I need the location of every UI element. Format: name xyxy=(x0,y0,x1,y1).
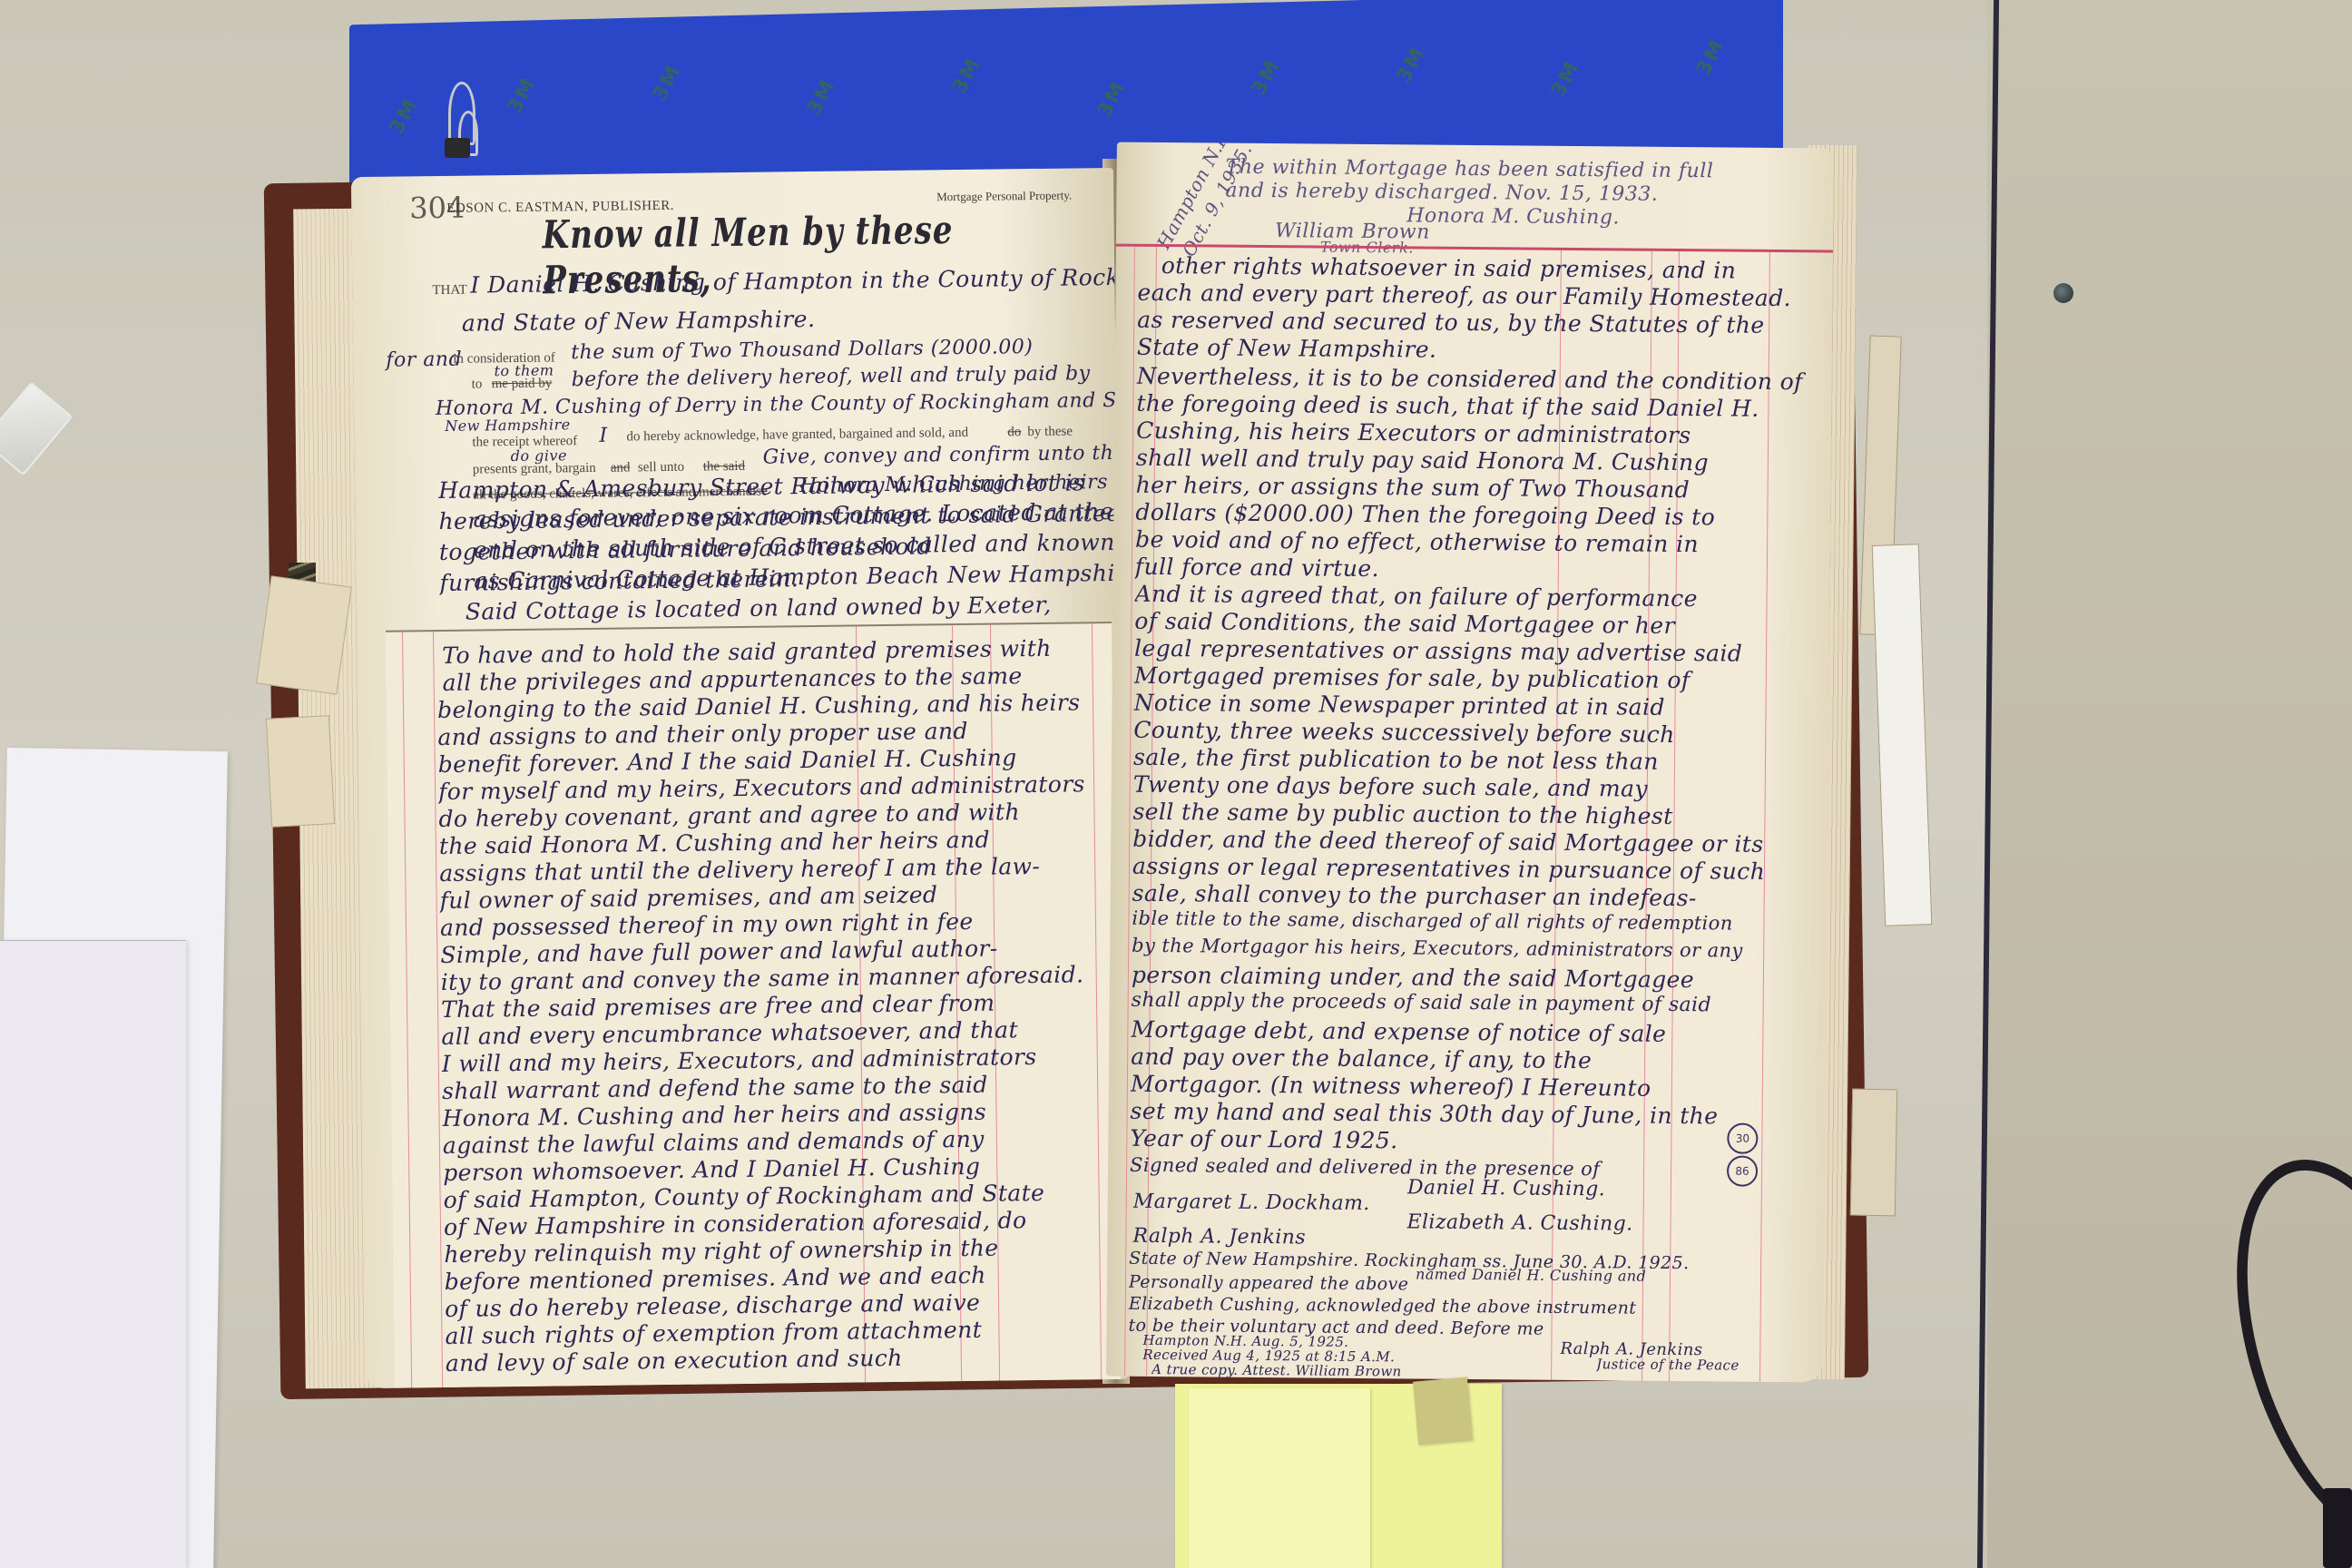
handwritten-state: and State of New Hampshire. xyxy=(462,306,816,337)
printed-to: to xyxy=(472,377,483,392)
handwritten-line: State of New Hampshire. xyxy=(1137,334,1834,367)
white-paper-sheet-2 xyxy=(0,940,186,1568)
left-ruled-area: Hampton & Amesbury Street Railway which … xyxy=(386,622,1121,1388)
right-page: Hampton N.H. Oct. 9, 1935. The within Mo… xyxy=(1106,142,1834,1383)
binder-clip[interactable] xyxy=(445,138,470,158)
seal-mark: 86 xyxy=(1727,1155,1758,1186)
tape-logo: 3M xyxy=(1393,43,1430,86)
sticky-note-tab[interactable] xyxy=(1413,1377,1473,1445)
printed-acknowledge: do hereby acknowledge, have granted, bar… xyxy=(626,426,968,446)
tape-logo: 3M xyxy=(1248,55,1285,99)
handwritten-convey: Give, convey and confirm unto the said xyxy=(763,441,1129,469)
form-type-label: Mortgage Personal Property. xyxy=(936,188,1072,204)
tape-logo: 3M xyxy=(803,75,840,119)
printed-by-these: by these xyxy=(1027,424,1073,440)
tape-logo: 3M xyxy=(1093,77,1131,121)
seal-mark: 30 xyxy=(1727,1122,1758,1153)
handwritten-line: shall apply the proceeds of said sale in… xyxy=(1132,989,1834,1018)
handwritten-property-line: Said Cottage is located on land owned by… xyxy=(465,592,1052,625)
right-ruled-area: other rights whatsoever in said premises… xyxy=(1106,244,1833,1383)
margin-rule xyxy=(402,632,412,1388)
torn-page-fragment xyxy=(256,575,352,694)
cable-plug xyxy=(2323,1488,2352,1568)
discharge-note-line: The within Mortgage has been satisfied i… xyxy=(1226,156,1714,183)
tape-logo: 3M xyxy=(1547,57,1584,101)
left-page: 304 EDSON C. EASTMAN, PUBLISHER. Mortgag… xyxy=(351,168,1128,1388)
tape-logo: 3M xyxy=(649,61,686,104)
printed-that: THAT xyxy=(432,283,467,299)
discharge-signature: Honora M. Cushing. xyxy=(1406,204,1620,229)
tape-logo: 3M xyxy=(1692,35,1730,79)
printed-sell-unto: sell unto xyxy=(638,460,684,476)
tape-logo: 3M xyxy=(948,54,985,97)
inserted-paper-bottom xyxy=(1850,1089,1897,1217)
printed-struck-the-said: the said xyxy=(703,459,745,475)
tape-logo: 3M xyxy=(386,94,423,138)
handwritten-I: I xyxy=(599,425,608,447)
printed-struck-and: and xyxy=(611,460,631,475)
desk-grommet-hole xyxy=(2053,283,2073,303)
handwritten-new-hampshire: New Hampshire xyxy=(445,416,571,435)
handwritten-to-them: to them xyxy=(494,361,554,379)
handwritten-sum: the sum of Two Thousand Dollars (2000.00… xyxy=(571,336,1033,364)
printed-struck-do: do xyxy=(1007,425,1021,440)
handwritten-line: by the Mortgagor his heirs, Executors, a… xyxy=(1132,935,1834,963)
handwritten-for-and: for and xyxy=(386,348,462,372)
torn-page-fragment xyxy=(266,715,335,827)
handwritten-delivery: before the delivery hereof, well and tru… xyxy=(571,362,1090,391)
tape-logo: 3M xyxy=(504,73,541,117)
discharge-note-line: and is hereby discharged. Nov. 15, 1933. xyxy=(1225,180,1658,206)
sticky-note[interactable] xyxy=(1189,1388,1370,1568)
